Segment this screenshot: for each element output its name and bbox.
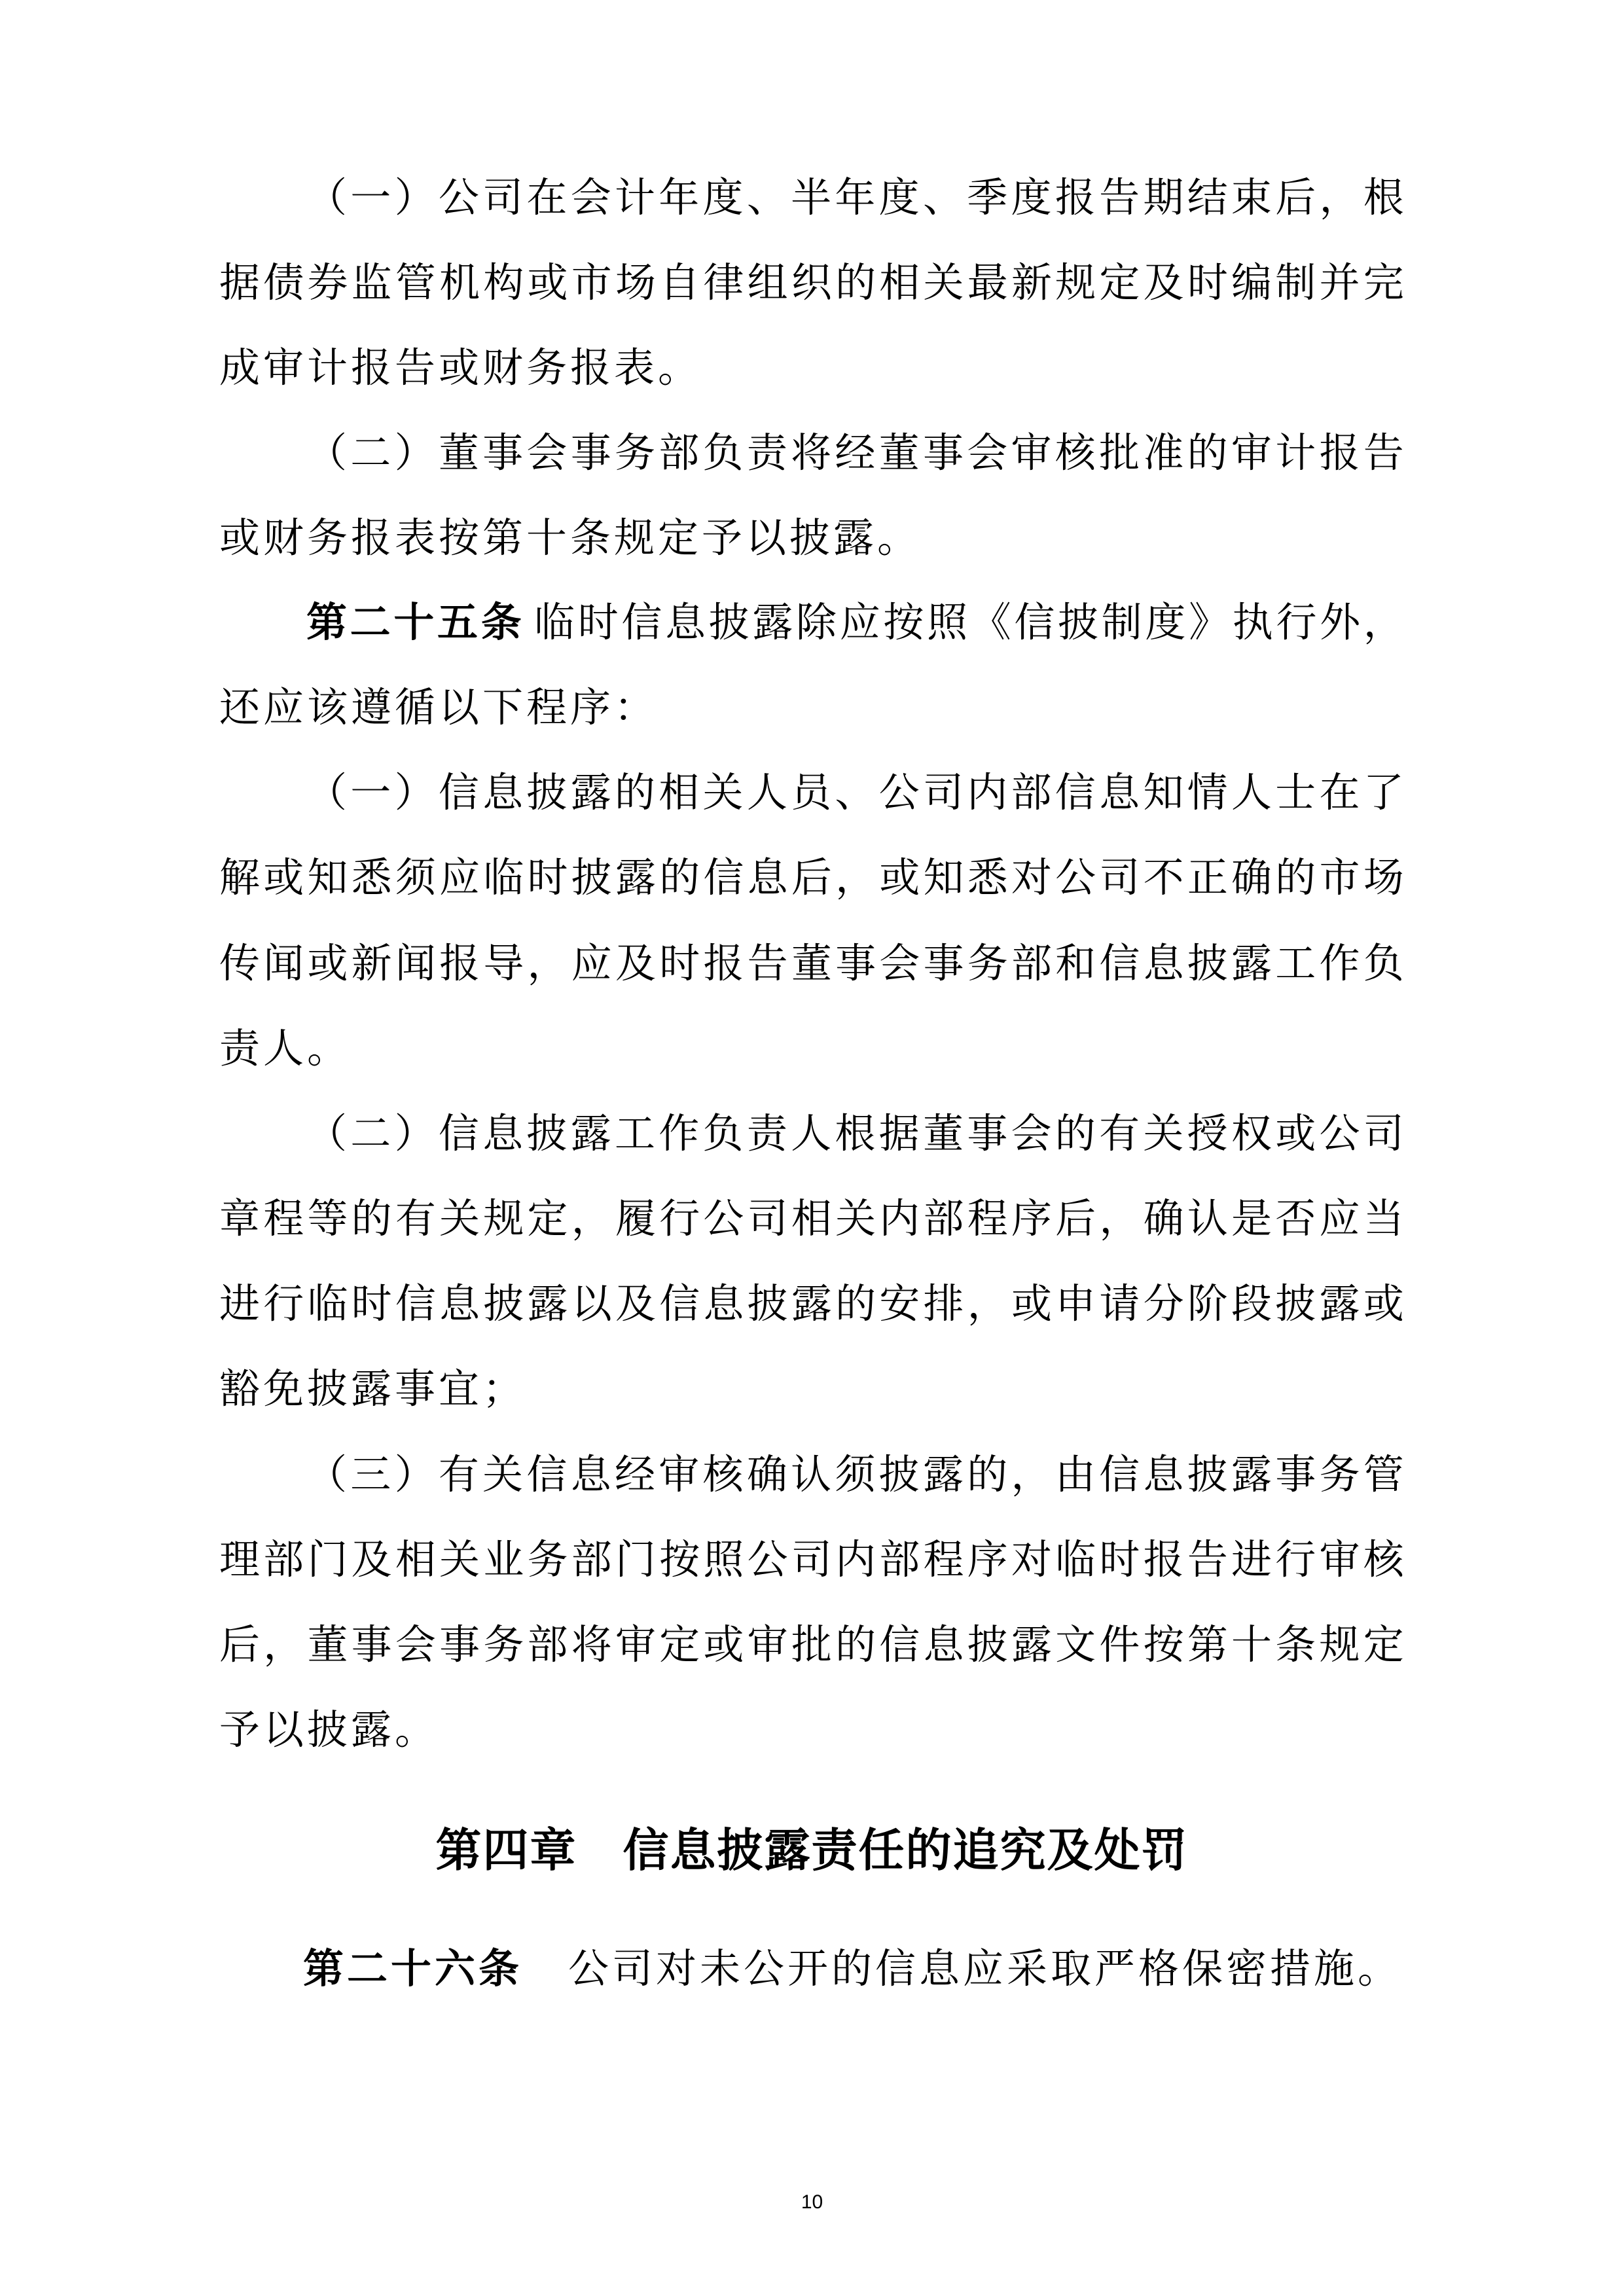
glyph: 披: [526, 1107, 567, 1160]
glyph: 的: [835, 1619, 876, 1671]
glyph: 应: [1319, 1193, 1360, 1245]
glyph: 根: [1363, 171, 1404, 224]
glyph: 监: [352, 257, 392, 309]
glyph: 知: [307, 852, 348, 904]
glyph: 及: [615, 937, 656, 990]
glyph: 期: [1143, 171, 1183, 224]
glyph: 的: [835, 1278, 876, 1330]
glyph: 悉: [967, 852, 1008, 904]
glyph: 债: [263, 257, 304, 309]
glyph: 的: [835, 257, 876, 309]
glyph: 规: [1319, 1619, 1360, 1671]
glyph: 或: [879, 852, 920, 904]
glyph: 新: [1011, 257, 1052, 309]
glyph: 审: [748, 1619, 788, 1671]
glyph: 核: [1055, 427, 1096, 479]
glyph: 审: [659, 1448, 699, 1501]
glyph: 序: [1011, 1193, 1052, 1245]
glyph: 机: [439, 257, 480, 309]
glyph: 关: [439, 1534, 480, 1586]
glyph: 时: [1187, 257, 1228, 309]
article-label: 第二十六条: [303, 1945, 522, 1992]
glyph: 是: [1231, 1193, 1272, 1245]
glyph: 后: [219, 1619, 260, 1671]
glyph: 定: [528, 1193, 568, 1245]
glyph: 息: [482, 1107, 523, 1160]
glyph: 会: [571, 171, 611, 224]
paragraph-line: 还应该遵循以下程序：: [219, 681, 1404, 734]
glyph: 公: [748, 1534, 788, 1586]
glyph: 或: [263, 852, 304, 904]
glyph: 息: [571, 1448, 611, 1501]
glyph: 批: [791, 1619, 832, 1671]
glyph: 董: [879, 427, 920, 479]
glyph: 按: [659, 1534, 700, 1586]
glyph: 度: [1011, 171, 1052, 224]
paragraph-line: 或财务报表按第十条规定予以披露。: [219, 512, 1404, 564]
glyph: 度: [879, 171, 920, 224]
glyph: 披: [709, 596, 749, 649]
glyph: 公: [439, 171, 479, 224]
glyph: 应: [571, 937, 612, 990]
glyph: 定: [1363, 1619, 1404, 1671]
glyph: 内: [967, 766, 1007, 819]
glyph: 息: [1143, 1448, 1183, 1501]
paragraph-line: 成审计报告或财务报表。: [219, 342, 1404, 394]
paragraph-line: （一）信息披露的相关人员、公司内部信息知情人士在了: [306, 766, 1404, 819]
glyph: 条: [481, 596, 522, 649]
glyph: 信: [439, 766, 479, 819]
glyph: 时: [1099, 1534, 1140, 1586]
glyph: 部: [924, 1193, 964, 1245]
glyph: 事: [1275, 1448, 1316, 1501]
glyph: 履: [615, 1193, 656, 1245]
glyph: 织: [791, 257, 832, 309]
glyph: 会: [526, 427, 567, 479]
glyph: 制: [1275, 257, 1316, 309]
glyph: 事: [439, 1619, 480, 1671]
glyph: 、: [835, 766, 875, 819]
glyph: ）: [395, 1107, 435, 1160]
glyph: 董: [923, 1107, 964, 1160]
glyph: 息: [748, 852, 788, 904]
glyph: 露: [571, 766, 611, 819]
paragraph-line: （二）董事会事务部负责将经董事会审核批准的审计报告: [306, 427, 1404, 479]
glyph: 照: [927, 596, 967, 649]
glyph: 相: [879, 257, 920, 309]
glyph: 时: [352, 1278, 392, 1330]
glyph: 事: [924, 937, 964, 990]
glyph: 披: [483, 1278, 524, 1330]
glyph: 导: [483, 937, 524, 990]
glyph: 司: [1363, 1107, 1404, 1160]
glyph: 信: [621, 596, 662, 649]
glyph: 在: [526, 171, 567, 224]
glyph: 门: [615, 1534, 656, 1586]
glyph: 新: [352, 937, 392, 990]
glyph: 审: [1011, 427, 1052, 479]
glyph: 五: [437, 596, 478, 649]
glyph: 段: [1231, 1278, 1272, 1330]
glyph: 信: [439, 1107, 479, 1160]
glyph: 按: [883, 596, 924, 649]
glyph: 认: [791, 1448, 831, 1501]
glyph: 披: [1187, 1448, 1228, 1501]
glyph: 露: [923, 1448, 964, 1501]
glyph: 负: [703, 1107, 744, 1160]
glyph: 审: [1319, 1534, 1360, 1586]
glyph: 门: [307, 1534, 348, 1586]
glyph: 文: [1055, 1619, 1096, 1671]
glyph: 露: [791, 1278, 832, 1330]
glyph: 按: [1144, 1619, 1184, 1671]
glyph: 的: [615, 766, 655, 819]
glyph: 管: [1363, 1448, 1404, 1501]
glyph: 信: [395, 1278, 436, 1330]
glyph: 市: [571, 257, 612, 309]
glyph: 年: [835, 171, 875, 224]
glyph: 二: [350, 1107, 391, 1160]
glyph: 的: [967, 1448, 1007, 1501]
glyph: 计: [1275, 427, 1316, 479]
glyph: 披: [1275, 1278, 1316, 1330]
glyph: 后: [1055, 1193, 1096, 1245]
glyph: 时: [578, 596, 619, 649]
glyph: 或: [307, 937, 348, 990]
glyph: 情: [1187, 766, 1228, 819]
glyph: 季: [967, 171, 1007, 224]
glyph: 》: [1189, 596, 1229, 649]
glyph: 券: [307, 257, 348, 309]
glyph: 报: [439, 937, 480, 990]
glyph: 关: [835, 1193, 876, 1245]
glyph: 的: [1187, 427, 1228, 479]
glyph: 息: [482, 766, 523, 819]
glyph: 人: [1231, 766, 1272, 819]
glyph: 阶: [1187, 1278, 1228, 1330]
glyph: 对: [1011, 852, 1052, 904]
glyph: 的: [1275, 852, 1316, 904]
glyph: 制: [1102, 596, 1142, 649]
glyph: 事: [352, 1619, 392, 1671]
glyph: 闻: [263, 937, 304, 990]
glyph: 信: [1099, 937, 1140, 990]
glyph: 会: [967, 427, 1007, 479]
glyph: 条: [1275, 1619, 1316, 1671]
glyph: 不: [1144, 852, 1184, 904]
glyph: 须: [395, 852, 436, 904]
glyph: 相: [791, 1193, 832, 1245]
glyph: 半: [791, 171, 831, 224]
glyph: 据: [219, 257, 260, 309]
glyph: ，: [1099, 1193, 1140, 1245]
glyph: 律: [703, 257, 744, 309]
glyph: 会: [879, 937, 920, 990]
glyph: 市: [1319, 852, 1360, 904]
glyph: 经: [835, 427, 875, 479]
article-text: 公司对未公开的信息应采取严格保密措施。: [568, 1945, 1401, 1992]
glyph: 务: [528, 1534, 568, 1586]
glyph: ，: [263, 1619, 304, 1671]
glyph: 报: [1055, 171, 1096, 224]
glyph: 据: [879, 1107, 920, 1160]
glyph: 核: [1363, 1534, 1404, 1586]
glyph: 并: [1319, 257, 1360, 309]
glyph: 或: [1275, 1107, 1316, 1160]
glyph: 场: [615, 257, 656, 309]
glyph: 申: [1055, 1278, 1096, 1330]
glyph: 关: [1143, 1107, 1183, 1160]
paragraph-line: 予以披露。: [219, 1704, 1404, 1756]
glyph: 工: [615, 1107, 655, 1160]
glyph: 部: [528, 1619, 568, 1671]
glyph: 部: [659, 427, 699, 479]
glyph: 司: [1099, 852, 1140, 904]
glyph: 务: [483, 1619, 524, 1671]
glyph: 部: [1011, 937, 1052, 990]
glyph: 程: [924, 1534, 964, 1586]
paragraph-line: （二）信息披露工作负责人根据董事会的有关授权或公司: [306, 1107, 1404, 1160]
glyph: ，: [967, 1278, 1008, 1330]
glyph: 内: [879, 1193, 920, 1245]
glyph: 负: [703, 427, 744, 479]
glyph: 息: [924, 1619, 964, 1671]
glyph: 确: [1144, 1193, 1184, 1245]
glyph: （: [306, 427, 347, 479]
glyph: 章: [219, 1193, 260, 1245]
glyph: 司: [748, 1193, 788, 1245]
glyph: ，: [571, 1193, 612, 1245]
paragraph-line: 据债券监管机构或市场自律组织的相关最新规定及时编制并完: [219, 257, 1404, 309]
glyph: 规: [1055, 257, 1096, 309]
glyph: 三: [350, 1448, 391, 1501]
glyph: 完: [1363, 257, 1404, 309]
glyph: 士: [1275, 766, 1316, 819]
glyph: 行: [1275, 1534, 1316, 1586]
glyph: ，: [1319, 171, 1360, 224]
paragraph-line: 章程等的有关规定，履行公司相关内部程序后，确认是否应当: [219, 1193, 1404, 1245]
glyph: 关: [439, 1193, 480, 1245]
glyph: 规: [483, 1193, 524, 1245]
glyph: 工: [1275, 937, 1316, 990]
glyph: 临: [483, 852, 524, 904]
glyph: 司: [923, 766, 964, 819]
glyph: 临: [534, 596, 575, 649]
glyph: 认: [1187, 1193, 1228, 1245]
glyph: 有: [439, 1448, 479, 1501]
glyph: 相: [395, 1534, 436, 1586]
glyph: 事: [482, 427, 523, 479]
glyph: 息: [1099, 766, 1140, 819]
chapter-heading: 第四章信息披露责任的追究及处罚: [0, 1821, 1624, 1880]
glyph: 司: [791, 1534, 832, 1586]
glyph: 人: [791, 1107, 831, 1160]
glyph: 对: [1011, 1534, 1052, 1586]
glyph: 及: [352, 1534, 392, 1586]
glyph: 自: [659, 257, 700, 309]
glyph: 公: [879, 766, 920, 819]
glyph: 结: [1187, 171, 1228, 224]
glyph: 董: [307, 1619, 348, 1671]
glyph: 一: [350, 766, 391, 819]
glyph: 场: [1363, 852, 1404, 904]
glyph: 关: [924, 257, 964, 309]
glyph: 十: [1231, 1619, 1272, 1671]
glyph: 解: [219, 852, 260, 904]
glyph: 作: [1319, 937, 1360, 990]
glyph: 露: [1319, 1278, 1360, 1330]
glyph: 息: [703, 1278, 744, 1330]
glyph: 二: [350, 596, 391, 649]
glyph: 责: [747, 427, 787, 479]
document-page: （一）公司在会计年度、半年度、季度报告期结束后，根 据债券监管机构或市场自律组织…: [0, 0, 1624, 2296]
glyph: 根: [835, 1107, 875, 1160]
glyph: 务: [1319, 1448, 1360, 1501]
glyph: 当: [1363, 1193, 1404, 1245]
glyph: 最: [967, 257, 1008, 309]
glyph: 应: [439, 852, 480, 904]
glyph: 程: [967, 1193, 1008, 1245]
glyph: 分: [1144, 1278, 1184, 1330]
glyph: 核: [703, 1448, 744, 1501]
glyph: 董: [439, 427, 479, 479]
glyph: 或: [703, 1619, 744, 1671]
glyph: ，: [835, 852, 876, 904]
glyph: 确: [747, 1448, 787, 1501]
glyph: 有: [395, 1193, 436, 1245]
page-number: 10: [0, 2189, 1624, 2215]
glyph: 息: [439, 1278, 480, 1330]
glyph: 事: [835, 937, 876, 990]
glyph: 部: [571, 1534, 612, 1586]
glyph: 知: [1143, 766, 1183, 819]
glyph: 时: [659, 937, 700, 990]
glyph: 审: [615, 1619, 656, 1671]
glyph: 关: [703, 766, 744, 819]
glyph: 相: [659, 766, 699, 819]
glyph: 关: [482, 1448, 523, 1501]
glyph: 件: [1099, 1619, 1140, 1671]
glyph: 外: [1320, 596, 1360, 649]
glyph: 束: [1231, 171, 1272, 224]
glyph: （: [306, 1107, 347, 1160]
glyph: 或: [1011, 1278, 1052, 1330]
glyph: 公: [1055, 852, 1096, 904]
glyph: 报: [1144, 1534, 1184, 1586]
glyph: ）: [395, 171, 435, 224]
glyph: 编: [1231, 257, 1272, 309]
glyph: 会: [395, 1619, 436, 1671]
glyph: 露: [1231, 937, 1272, 990]
glyph: 的: [352, 1193, 392, 1245]
glyph: 确: [1231, 852, 1272, 904]
glyph: 应: [840, 596, 880, 649]
glyph: 组: [748, 257, 788, 309]
glyph: ，: [528, 937, 568, 990]
glyph: 披: [967, 1619, 1008, 1671]
glyph: 事: [967, 1107, 1007, 1160]
glyph: 和: [1055, 937, 1096, 990]
glyph: 序: [967, 1534, 1008, 1586]
paragraph-line: （三）有关信息经审核确认须披露的，由信息披露事务管: [306, 1448, 1404, 1501]
glyph: 在: [1319, 766, 1360, 819]
glyph: （: [306, 171, 347, 224]
glyph: 除: [796, 596, 837, 649]
glyph: ）: [395, 427, 435, 479]
glyph: 、: [923, 171, 964, 224]
glyph: 由: [1055, 1448, 1096, 1501]
paragraph-line: 责人。: [219, 1022, 1404, 1075]
glyph: 信: [879, 1619, 920, 1671]
glyph: 司: [482, 171, 523, 224]
glyph: 安: [879, 1278, 920, 1330]
glyph: 十: [393, 596, 434, 649]
glyph: 第: [1187, 1619, 1228, 1671]
glyph: 否: [1275, 1193, 1316, 1245]
glyph: 照: [703, 1534, 744, 1586]
glyph: 授: [1187, 1107, 1228, 1160]
glyph: 第: [306, 596, 347, 649]
glyph: 信: [526, 1448, 567, 1501]
glyph: 公: [1319, 1107, 1360, 1160]
chapter-number: 第四章: [436, 1823, 577, 1877]
glyph: 了: [1363, 766, 1404, 819]
glyph: 公: [703, 1193, 744, 1245]
glyph: 信: [1055, 766, 1096, 819]
glyph: 作: [659, 1107, 699, 1160]
paragraph-line: 解或知悉须应临时披露的信息后，或知悉对公司不正确的市场: [219, 852, 1404, 904]
glyph: 露: [752, 596, 793, 649]
glyph: 人: [747, 766, 787, 819]
glyph: 息: [665, 596, 706, 649]
glyph: 报: [1319, 427, 1360, 479]
glyph: 须: [835, 1448, 875, 1501]
glyph: 临: [307, 1278, 348, 1330]
glyph: ，: [1363, 596, 1404, 649]
glyph: ）: [395, 1448, 435, 1501]
glyph: 部: [263, 1534, 304, 1586]
glyph: 信: [659, 1278, 700, 1330]
glyph: 以: [571, 1278, 612, 1330]
glyph: 报: [703, 937, 744, 990]
glyph: 告: [748, 937, 788, 990]
glyph: 将: [571, 1619, 612, 1671]
glyph: 露: [615, 852, 656, 904]
glyph: 、: [747, 171, 787, 224]
paragraph-line: 进行临时信息披露以及信息披露的安排，或申请分阶段披露或: [219, 1278, 1404, 1330]
glyph: 或: [1363, 1278, 1404, 1330]
glyph: 务: [615, 427, 655, 479]
glyph: 员: [791, 766, 831, 819]
glyph: 信: [1014, 596, 1055, 649]
glyph: 知: [924, 852, 964, 904]
article-26-line: 第二十六条公司对未公开的信息应采取严格保密措施。: [303, 1943, 1416, 1995]
glyph: 露: [528, 1278, 568, 1330]
glyph: 排: [924, 1278, 964, 1330]
glyph: 审: [1231, 427, 1272, 479]
glyph: 负: [1363, 937, 1404, 990]
glyph: 定: [1099, 257, 1140, 309]
glyph: 度: [1145, 596, 1185, 649]
glyph: （: [306, 766, 347, 819]
glyph: 信: [703, 852, 744, 904]
glyph: 批: [1099, 427, 1140, 479]
glyph: 披: [571, 852, 612, 904]
glyph: 行: [263, 1278, 304, 1330]
paragraph-line: （一）公司在会计年度、半年度、季度报告期结束后，根: [306, 171, 1404, 224]
glyph: 一: [350, 171, 391, 224]
glyph: 责: [747, 1107, 787, 1160]
